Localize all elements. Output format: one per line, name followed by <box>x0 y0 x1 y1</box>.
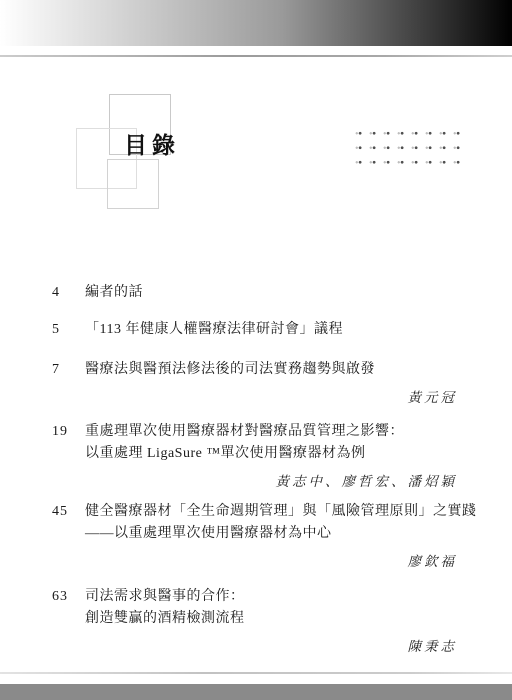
toc-entry-subtitle: 創造雙贏的酒精檢測流程 <box>85 608 457 630</box>
toc-entry-authors: 黃志中、廖哲宏、潘炤穎 <box>52 471 457 493</box>
toc-entry-title: 重處理單次使用醫療器材對醫療品質管理之影響： <box>85 421 457 443</box>
toc-entry: 7 醫療法與醫預法修法後的司法實務趨勢與啟發 黃元冠 <box>52 359 457 409</box>
toc-page: 目錄 4 編者的話 5 「113 年健康人權醫療法律研討會」議程 7 <box>0 0 512 700</box>
toc-entry-title: 司法需求與醫事的合作： <box>85 586 457 608</box>
toc-entry: 5 「113 年健康人權醫療法律研討會」議程 <box>52 319 457 341</box>
toc-entry-title: 「113 年健康人權醫療法律研討會」議程 <box>85 319 457 341</box>
toc-entry-subtitle: ——以重處理單次使用醫療器材為中心 <box>85 523 457 545</box>
bottom-gray-bar <box>0 684 512 700</box>
toc-entry-subtitle: 以重處理 LigaSure ™單次使用醫療器材為例 <box>85 443 457 465</box>
toc-entry-authors: 黃元冠 <box>52 387 457 409</box>
toc-entry: 4 編者的話 <box>52 282 457 304</box>
toc-page-number: 5 <box>52 319 85 341</box>
page-title: 目錄 <box>124 134 180 157</box>
toc-entry-authors: 廖欽福 <box>52 551 457 573</box>
toc-entry: 19 重處理單次使用醫療器材對醫療品質管理之影響： 以重處理 LigaSure … <box>52 421 457 493</box>
toc-entry-title: 醫療法與醫預法修法後的司法實務趨勢與啟發 <box>85 359 457 381</box>
decor-square-bottom <box>107 159 159 209</box>
toc-entry: 63 司法需求與醫事的合作： 創造雙贏的酒精檢測流程 陳秉志 <box>52 586 457 658</box>
toc-entry-title: 編者的話 <box>85 282 457 304</box>
toc-page-number: 7 <box>52 359 85 381</box>
toc-page-number: 19 <box>52 421 85 443</box>
toc-entry-title: 健全醫療器材「全生命週期管理」與「風險管理原則」之實踐 <box>85 501 457 523</box>
toc-entry: 45 健全醫療器材「全生命週期管理」與「風險管理原則」之實踐 ——以重處理單次使… <box>52 501 457 573</box>
toc-list: 4 編者的話 5 「113 年健康人權醫療法律研討會」議程 7 醫療法與醫預法修… <box>52 282 457 658</box>
toc-entry-authors: 陳秉志 <box>52 636 457 658</box>
top-gradient-bar <box>0 0 512 46</box>
dot-grid-decoration <box>352 126 464 170</box>
toc-page-number: 45 <box>52 501 85 523</box>
top-divider-line <box>0 55 512 57</box>
toc-page-number: 4 <box>52 282 85 304</box>
bottom-divider-line <box>0 672 512 674</box>
toc-page-number: 63 <box>52 586 85 608</box>
